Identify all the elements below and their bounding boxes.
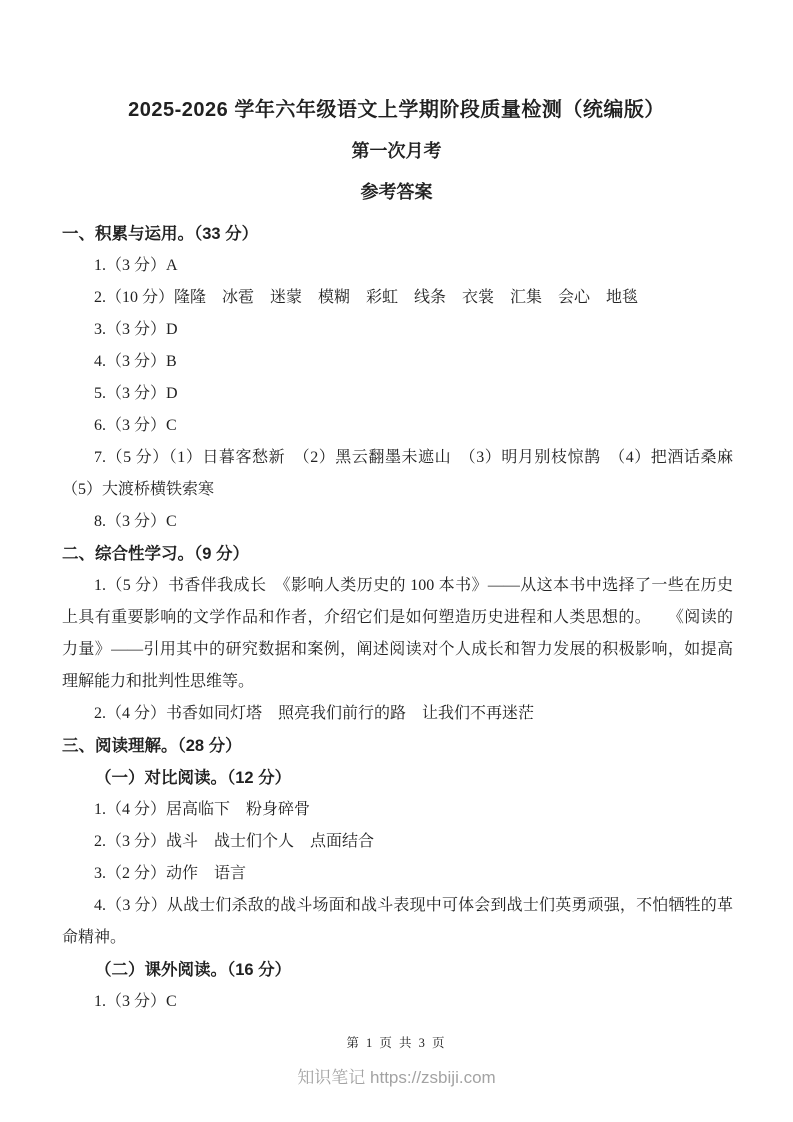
section-heading: 二、综合性学习。（9 分）: [62, 538, 733, 570]
section-heading: 一、积累与运用。（33 分）: [62, 218, 733, 250]
subsection-heading: （一）对比阅读。（12 分）: [62, 762, 733, 794]
answer-key-label: 参考答案: [0, 177, 793, 207]
answer-line: 1.（5 分）书香伴我成长 《影响人类历史的 100 本书》——从这本书中选择了…: [62, 570, 733, 698]
answer-line: 5.（3 分）D: [62, 378, 733, 410]
page-indicator: 第 1 页 共 3 页: [0, 1033, 793, 1051]
answer-line: 3.（3 分）D: [62, 314, 733, 346]
answer-line: 1.（4 分）居高临下 粉身碎骨: [62, 794, 733, 826]
answer-line: 1.（3 分）A: [62, 250, 733, 282]
answer-line: 6.（3 分）C: [62, 410, 733, 442]
document-header: 2025-2026 学年六年级语文上学期阶段质量检测（统编版） 第一次月考 参考…: [0, 0, 793, 207]
document-page: 2025-2026 学年六年级语文上学期阶段质量检测（统编版） 第一次月考 参考…: [0, 0, 793, 1122]
subsection-heading: （二）课外阅读。（16 分）: [62, 954, 733, 986]
exam-name: 第一次月考: [0, 136, 793, 166]
answer-line: 4.（3 分）从战士们杀敌的战斗场面和战斗表现中可体会到战士们英勇顽强，不怕牺牲…: [62, 890, 733, 954]
answer-line: 7.（5 分）（1）日暮客愁新 （2）黑云翻墨未遮山 （3）明月别枝惊鹊 （4）…: [62, 442, 733, 506]
document-title: 2025-2026 学年六年级语文上学期阶段质量检测（统编版）: [0, 95, 793, 125]
answer-line: 2.（4 分）书香如同灯塔 照亮我们前行的路 让我们不再迷茫: [62, 698, 733, 730]
answer-line: 2.（3 分）战斗 战士们个人 点面结合: [62, 826, 733, 858]
answer-line: 4.（3 分）B: [62, 346, 733, 378]
answer-line: 2.（10 分）隆隆 冰雹 迷蒙 模糊 彩虹 线条 衣裳 汇集 会心 地毯: [62, 282, 733, 314]
answer-line: 1.（3 分）C: [62, 986, 733, 1018]
watermark-site-link: 知识笔记 https://zsbiji.com: [0, 1063, 793, 1088]
answer-line: 8.（3 分）C: [62, 506, 733, 538]
answer-line: 3.（2 分）动作 语言: [62, 858, 733, 890]
section-heading: 三、阅读理解。（28 分）: [62, 730, 733, 762]
answer-body: 一、积累与运用。（33 分）1.（3 分）A2.（10 分）隆隆 冰雹 迷蒙 模…: [0, 218, 793, 1018]
